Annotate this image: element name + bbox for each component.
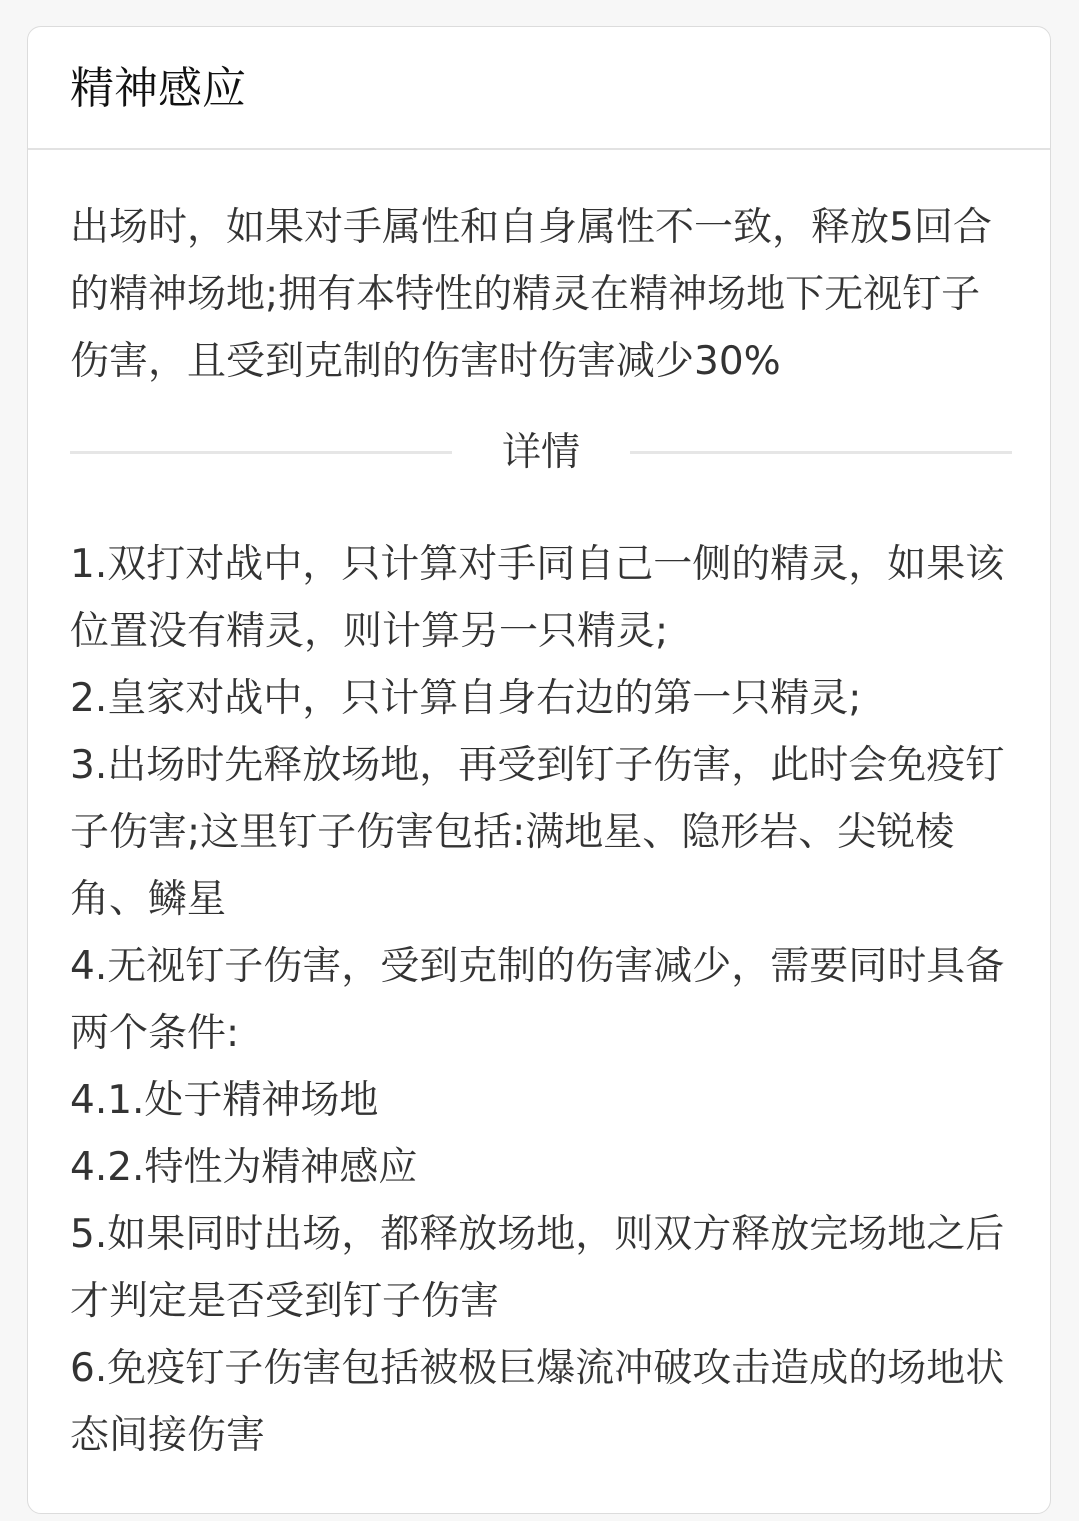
detail-item: 6.免疫钉子伤害包括被极巨爆流冲破攻击造成的场地状态间接伤害 — [70, 1335, 1015, 1469]
details-list: 1.双打对战中，只计算对手同自己一侧的精灵，如果该位置没有精灵，则计算另一只精灵… — [70, 531, 1015, 1469]
ability-title: 精神感应 — [70, 67, 246, 111]
detail-item: 3.出场时先释放场地，再受到钉子伤害，此时会免疫钉子伤害;这里钉子伤害包括:满地… — [70, 732, 1015, 933]
ability-summary: 出场时，如果对手属性和自身属性不一致，释放5回合的精神场地;拥有本特性的精灵在精… — [70, 194, 1015, 395]
detail-item: 4.1.处于精神场地 — [70, 1067, 1015, 1134]
card-header: 精神感应 — [28, 27, 1050, 150]
details-heading: 详情 — [502, 433, 580, 472]
divider-line-right — [630, 451, 1012, 454]
details-divider: 详情 — [70, 422, 1012, 482]
detail-item: 2.皇家对战中，只计算自身右边的第一只精灵; — [70, 665, 1015, 732]
card-body: 出场时，如果对手属性和自身属性不一致，释放5回合的精神场地;拥有本特性的精灵在精… — [28, 194, 1050, 1469]
detail-item: 5.如果同时出场，都释放场地，则双方释放完场地之后才判定是否受到钉子伤害 — [70, 1201, 1015, 1335]
ability-card: 精神感应 出场时，如果对手属性和自身属性不一致，释放5回合的精神场地;拥有本特性… — [27, 26, 1051, 1514]
divider-line-left — [70, 451, 452, 454]
detail-item: 4.2.特性为精神感应 — [70, 1134, 1015, 1201]
detail-item: 4.无视钉子伤害，受到克制的伤害减少，需要同时具备两个条件: — [70, 933, 1015, 1067]
detail-item: 1.双打对战中，只计算对手同自己一侧的精灵，如果该位置没有精灵，则计算另一只精灵… — [70, 531, 1015, 665]
